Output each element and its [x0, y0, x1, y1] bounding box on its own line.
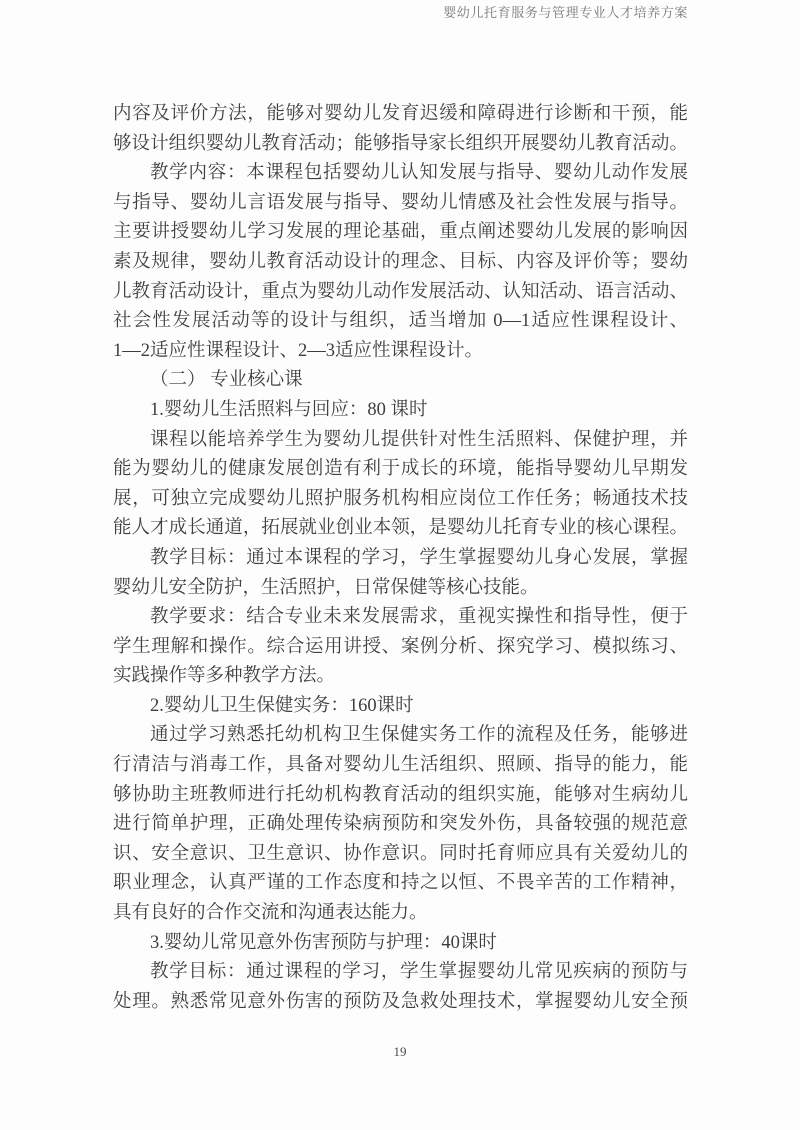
text-line: 展，可独立完成婴幼儿照护服务机构相应岗位工作任务；畅通技术技	[113, 485, 688, 515]
text-line: 社会性发展活动等的设计与组织，适当增加 0—1适应性课程设计、	[113, 307, 688, 337]
document-body: 内容及评价方法，能够对婴幼儿发育迟缓和障碍进行诊断和干预，能够设计组织婴幼儿教育…	[113, 100, 688, 1017]
text-line: 通过学习熟悉托幼机构卫生保健实务工作的流程及任务，能够进	[113, 721, 688, 751]
text-line: 能人才成长通道，拓展就业创业本领，是婴幼儿托育专业的核心课程。	[113, 514, 688, 544]
text-line: 婴幼儿安全防护，生活照护，日常保健等核心技能。	[113, 574, 688, 604]
text-line: 课程以能培养学生为婴幼儿提供针对性生活照料、保健护理，并	[113, 426, 688, 456]
text-line: 与指导、婴幼儿言语发展与指导、婴幼儿情感及社会性发展与指导。	[113, 189, 688, 219]
text-line: 职业理念，认真严谨的工作态度和持之以恒、不畏辛苦的工作精神，	[113, 869, 688, 899]
text-line: 能为婴幼儿的健康发展创造有利于成长的环境，能指导婴幼儿早期发	[113, 455, 688, 485]
text-line: 学生理解和操作。综合运用讲授、案例分析、探究学习、模拟练习、	[113, 633, 688, 663]
text-line: 1.婴幼儿生活照料与回应：80 课时	[113, 396, 688, 426]
text-line: 素及规律，婴幼儿教育活动设计的理念、目标、内容及评价等；婴幼	[113, 248, 688, 278]
page-header-title: 婴幼儿托育服务与管理专业人才培养方案	[113, 2, 688, 21]
text-line: 儿教育活动设计，重点为婴幼儿动作发展活动、认知活动、语言活动、	[113, 278, 688, 308]
text-line: 处理。熟悉常见意外伤害的预防及急救处理技术，掌握婴幼儿安全预	[113, 988, 688, 1018]
text-line: 教学目标：通过本课程的学习，学生掌握婴幼儿身心发展，掌握	[113, 544, 688, 574]
text-line: 够协助主班教师进行托幼机构教育活动的组织实施，能够对生病幼儿	[113, 781, 688, 811]
text-line: 教学目标：通过课程的学习，学生掌握婴幼儿常见疾病的预防与	[113, 958, 688, 988]
text-line: 进行简单护理，正确处理传染病预防和突发外伤，具备较强的规范意	[113, 810, 688, 840]
text-line: 实践操作等多种教学方法。	[113, 662, 688, 692]
text-line: 3.婴幼儿常见意外伤害预防与护理：40课时	[113, 929, 688, 959]
text-line: 主要讲授婴幼儿学习发展的理论基础，重点阐述婴幼儿发展的影响因	[113, 218, 688, 248]
page-number: 19	[0, 1044, 800, 1060]
text-line: 识、安全意识、卫生意识、协作意识。同时托育师应具有关爱幼儿的	[113, 840, 688, 870]
text-line: 1—2适应性课程设计、2—3适应性课程设计。	[113, 337, 688, 367]
text-line: 内容及评价方法，能够对婴幼儿发育迟缓和障碍进行诊断和干预，能	[113, 100, 688, 130]
document-page: { "header": { "title": "婴幼儿托育服务与管理专业人才培养…	[0, 0, 800, 1130]
text-line: 够设计组织婴幼儿教育活动；能够指导家长组织开展婴幼儿教育活动。	[113, 130, 688, 160]
text-line: 教学要求：结合专业未来发展需求，重视实操性和指导性，便于	[113, 603, 688, 633]
text-line: 具有良好的合作交流和沟通表达能力。	[113, 899, 688, 929]
text-line: 行清洁与消毒工作，具备对婴幼儿生活组织、照顾、指导的能力，能	[113, 751, 688, 781]
text-line: 2.婴幼儿卫生保健实务：160课时	[113, 692, 688, 722]
text-line: （二） 专业核心课	[113, 366, 688, 396]
text-line: 教学内容：本课程包括婴幼儿认知发展与指导、婴幼儿动作发展	[113, 159, 688, 189]
